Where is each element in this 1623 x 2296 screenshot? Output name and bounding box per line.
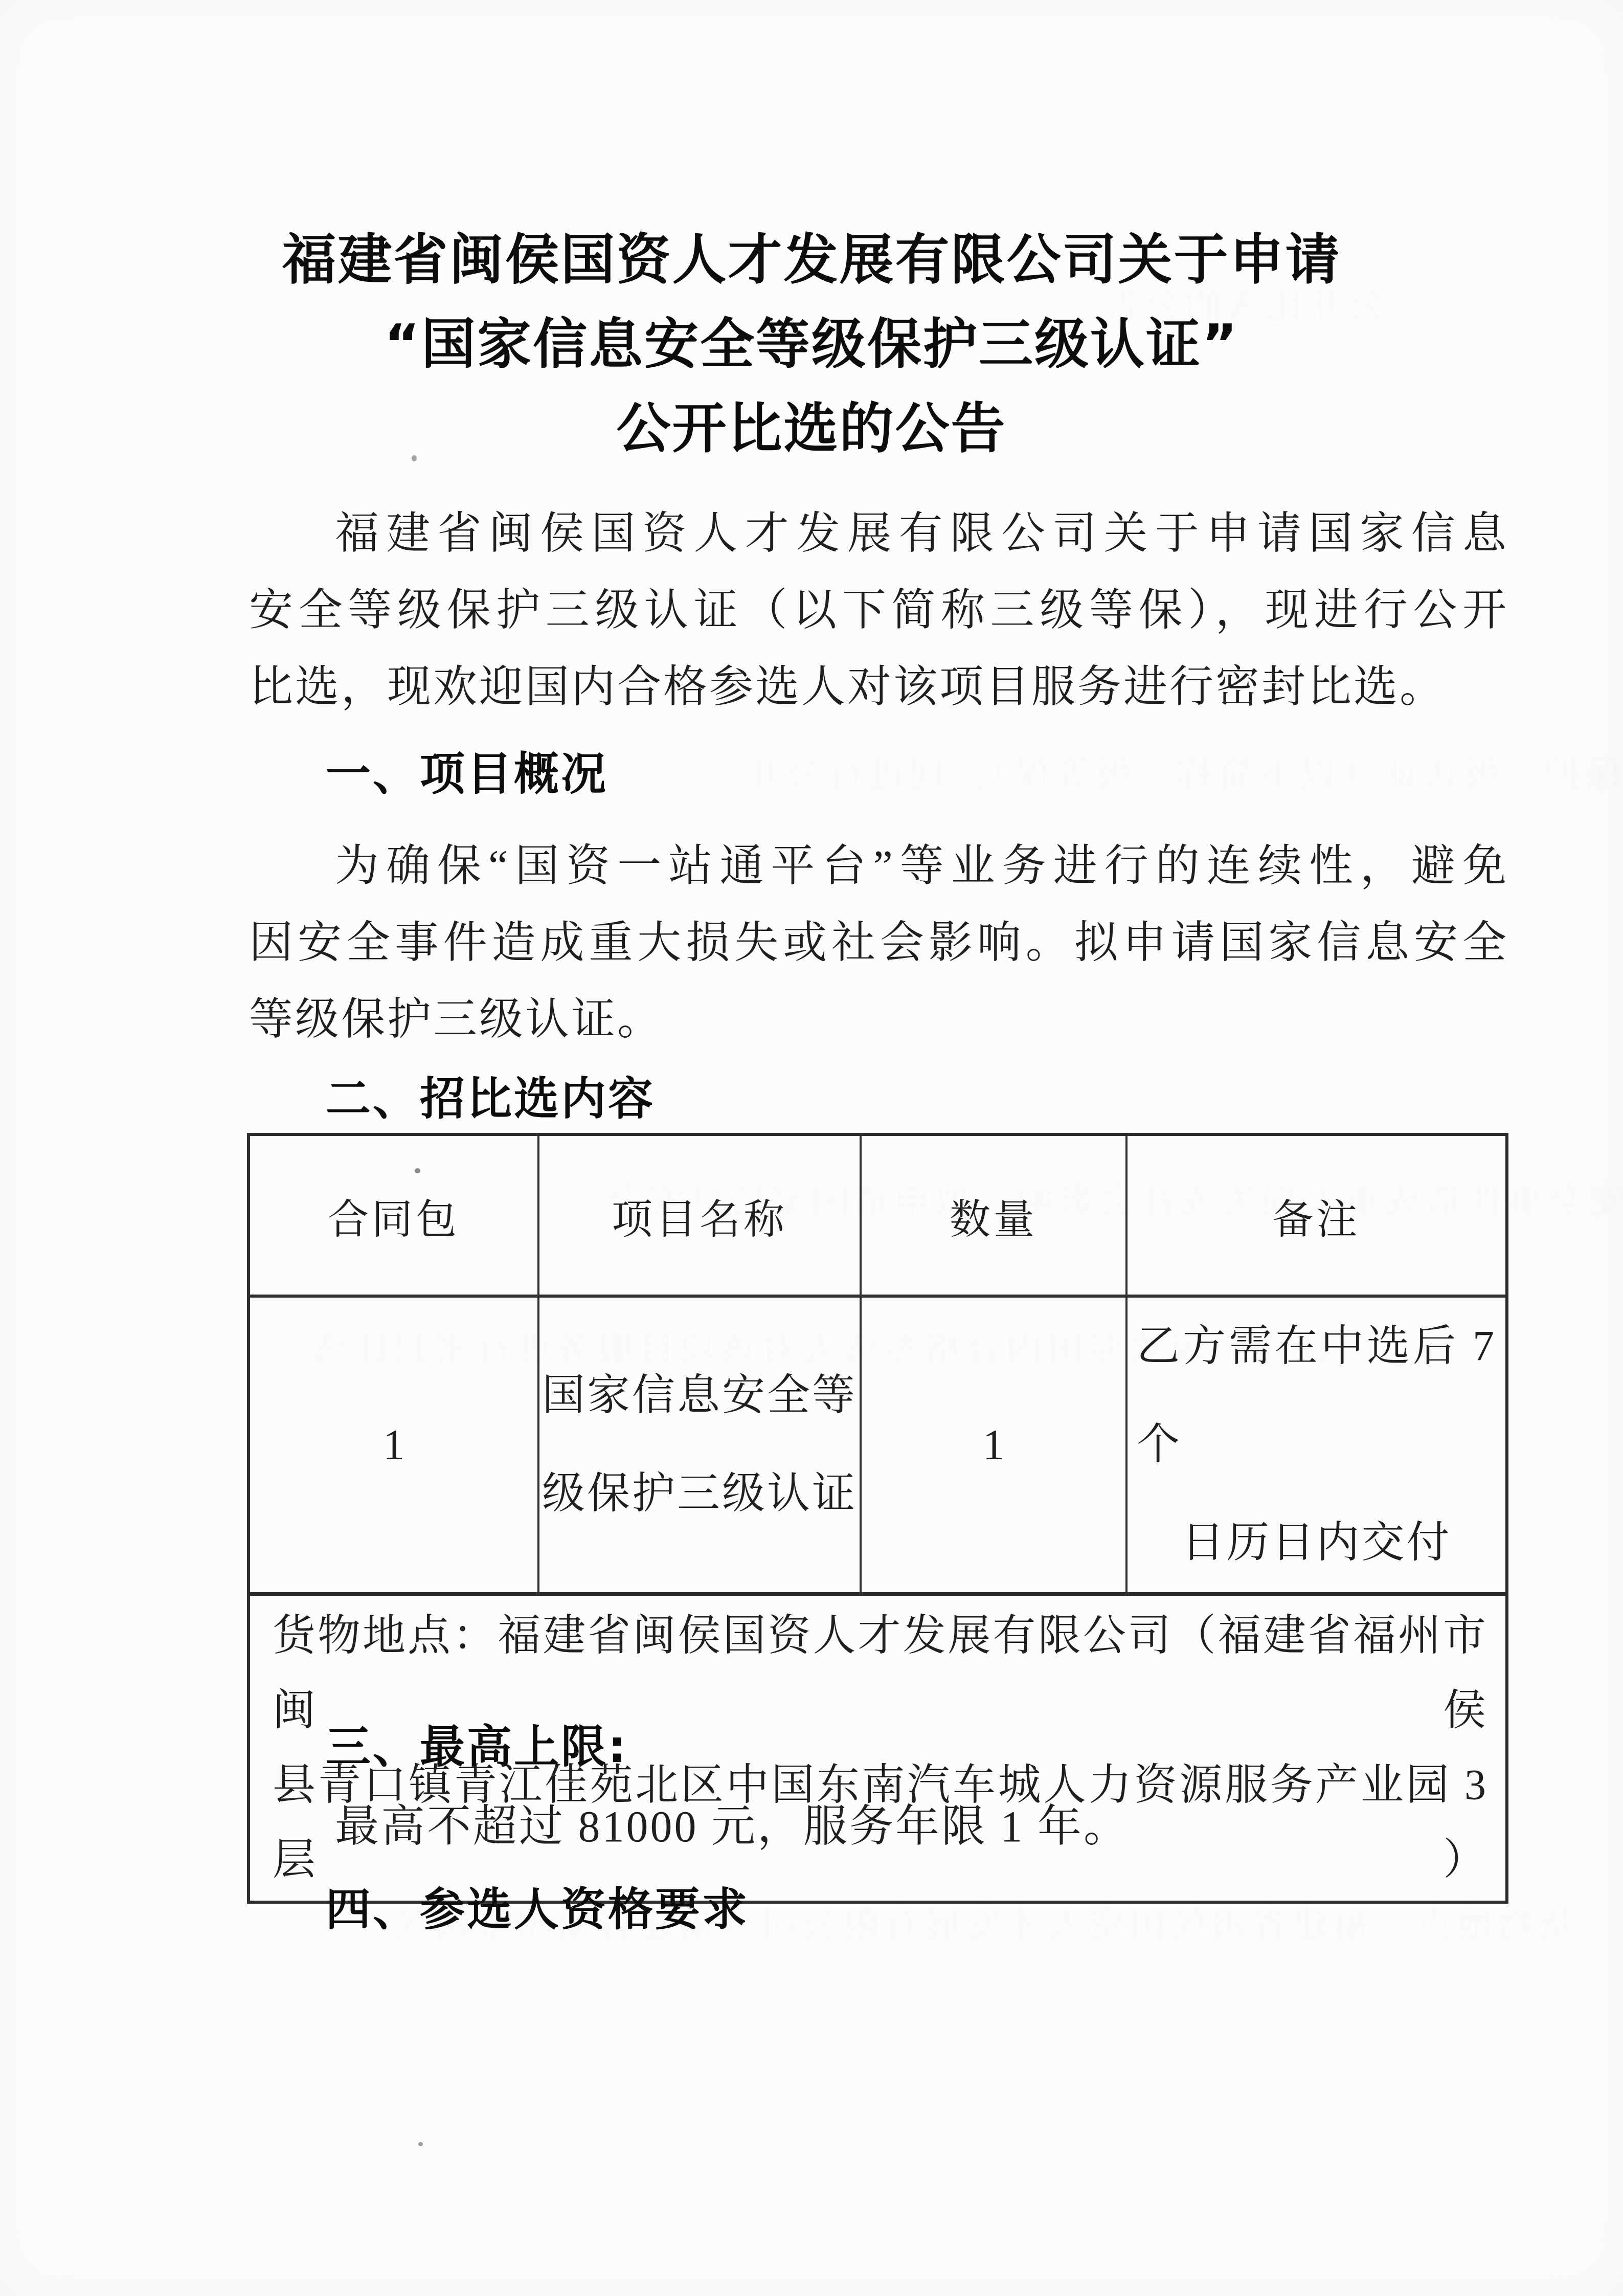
project-name-line: 级保护三级认证	[539, 1445, 860, 1543]
cell-project-name: 国家信息安全等 级保护三级认证	[538, 1296, 861, 1594]
section-heading-project-overview: 一、项目概况	[249, 735, 1508, 812]
scan-speck	[418, 2142, 423, 2146]
col-header-remark: 备注	[1126, 1134, 1507, 1296]
remark-line: 日历日内交付	[1128, 1494, 1505, 1592]
price-ceiling-body: 最高不超过 81000 元，服务年限 1 年。	[249, 1788, 1508, 1865]
section-heading-selection-content: 二、招比选内容	[249, 1060, 1508, 1137]
document-title-line-2: “国家信息安全等级保护三级认证”	[0, 302, 1623, 386]
body-line: 最高不超过 81000 元，服务年限 1 年。	[249, 1788, 1508, 1865]
scanned-announcement-page: 公开比选的公告 安全等级保护三级认证（以下简称三级等保），现进行公开 因安全事件…	[0, 0, 1623, 2296]
body-line: 因安全事件造成重大损失或社会影响。拟申请国家信息安全	[249, 904, 1508, 981]
document-title-line-1: 福建省闽侯国资人才发展有限公司关于申请	[0, 217, 1623, 302]
cell-contract-package: 1	[249, 1296, 538, 1594]
col-header-contract-package: 合同包	[249, 1134, 538, 1296]
project-name-line: 国家信息安全等	[539, 1347, 860, 1445]
section-heading-price-ceiling: 三、最高上限:	[249, 1708, 1508, 1785]
body-line: 等级保护三级认证。	[249, 981, 1508, 1058]
document-title: 福建省闽侯国资人才发展有限公司关于申请 “国家信息安全等级保护三级认证” 公开比…	[0, 217, 1623, 471]
intro-line: 福建省闽侯国资人才发展有限公司关于申请国家信息	[249, 495, 1508, 572]
project-overview-body: 为确保“国资一站通平台”等业务进行的连续性，避免 因安全事件造成重大损失或社会影…	[249, 828, 1508, 1058]
cell-quantity: 1	[861, 1296, 1126, 1594]
section-heading-qualification-requirements: 四、参选人资格要求	[249, 1871, 1508, 1948]
remark-line: 乙方需在中选后 7 个	[1128, 1298, 1505, 1494]
col-header-quantity: 数量	[861, 1134, 1126, 1296]
intro-paragraph: 福建省闽侯国资人才发展有限公司关于申请国家信息 安全等级保护三级认证（以下简称三…	[249, 495, 1508, 725]
body-line: 为确保“国资一站通平台”等业务进行的连续性，避免	[249, 828, 1508, 904]
cell-remark: 乙方需在中选后 7 个 日历日内交付	[1126, 1296, 1507, 1594]
intro-line: 比选，现欢迎国内合格参选人对该项目服务进行密封比选。	[249, 649, 1508, 725]
table-row: 1 国家信息安全等 级保护三级认证 1 乙方需在中选后 7 个 日历日内交付	[249, 1296, 1507, 1594]
table-header-row: 合同包 项目名称 数量 备注	[249, 1134, 1507, 1296]
intro-line: 安全等级保护三级认证（以下简称三级等保），现进行公开	[249, 572, 1508, 649]
col-header-project-name: 项目名称	[538, 1134, 861, 1296]
document-title-line-3: 公开比选的公告	[0, 386, 1623, 471]
